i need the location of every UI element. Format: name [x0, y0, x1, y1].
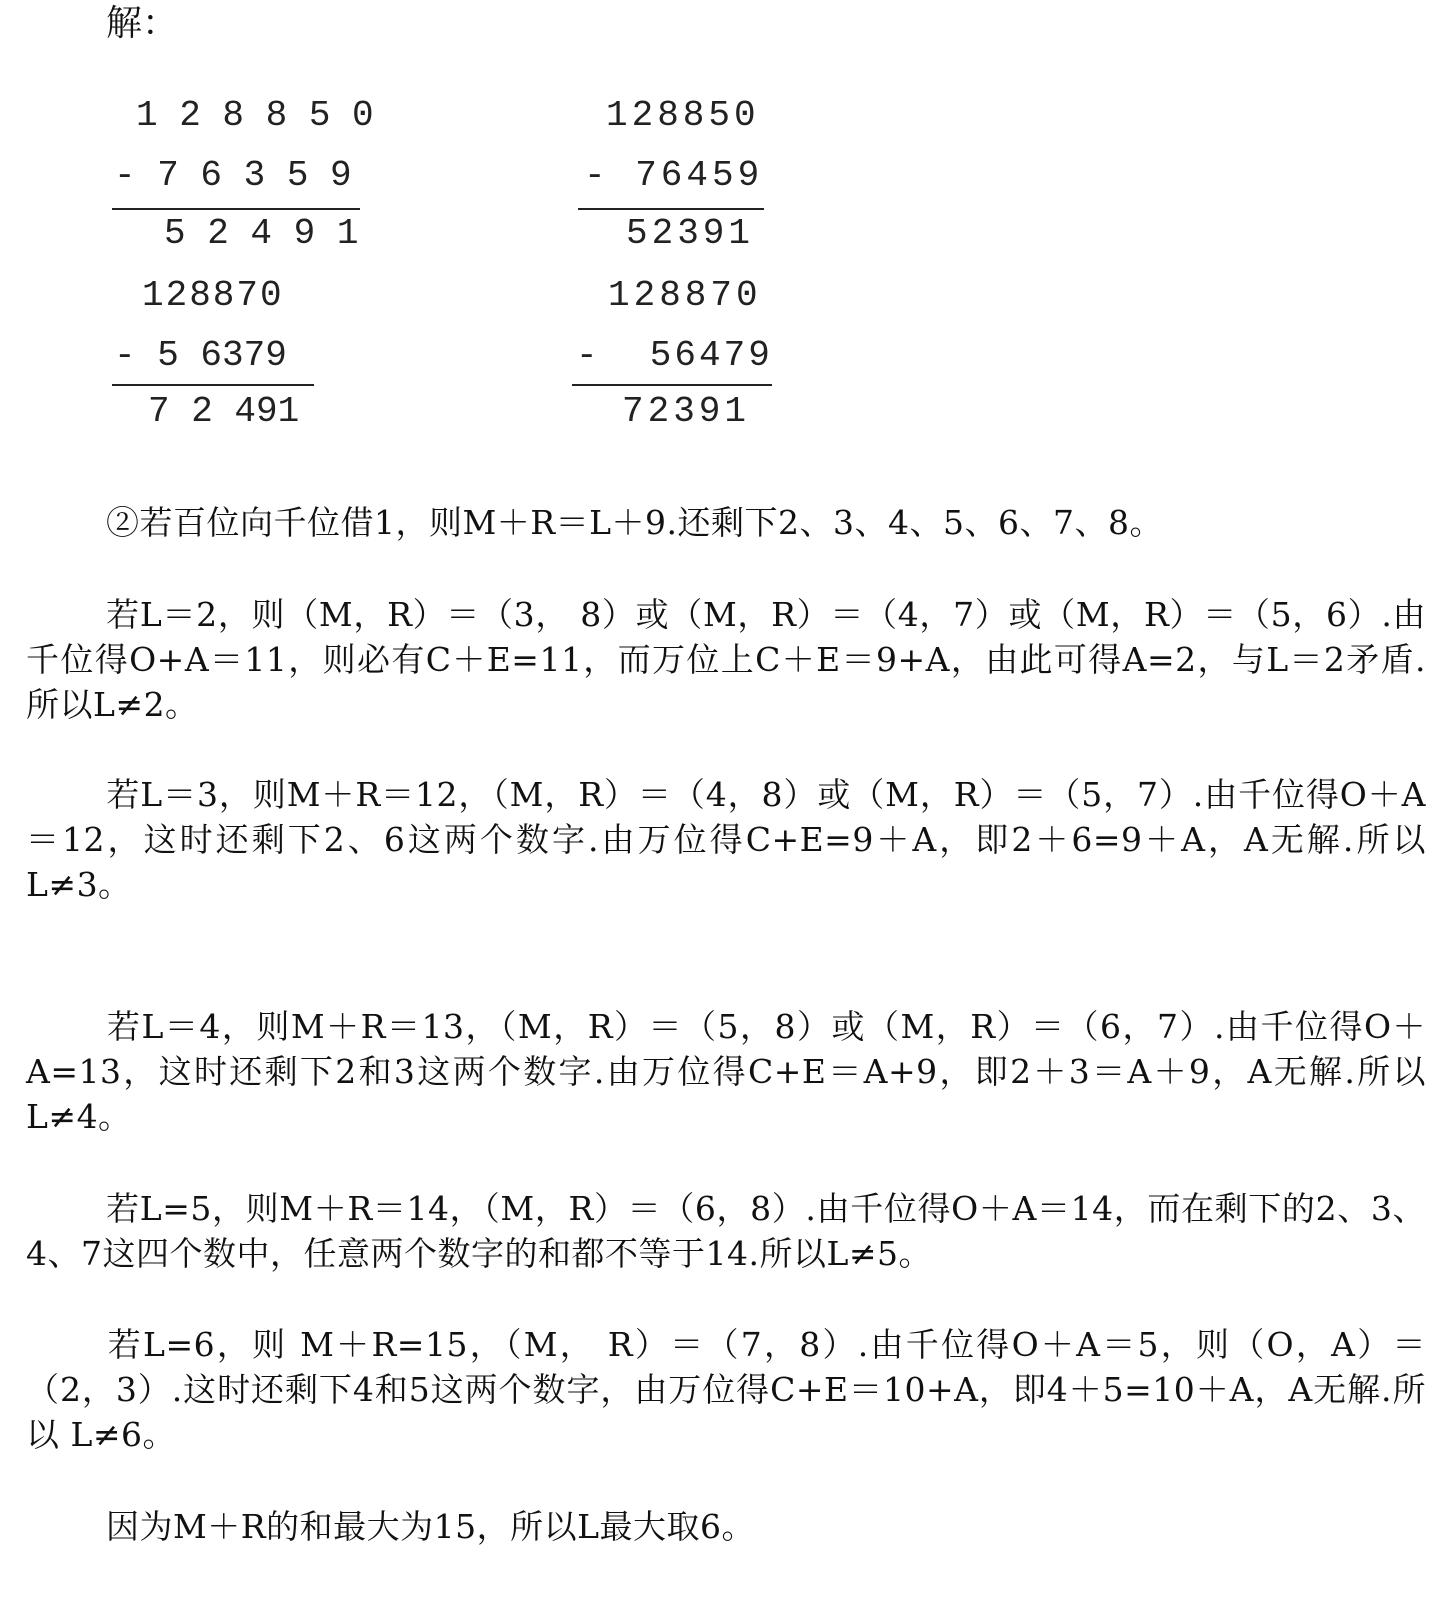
subtrahend: - 5 6379 — [114, 336, 287, 376]
subtraction-2: 128850 - 76459 52391 — [578, 96, 778, 266]
paragraph-text: 若L＝2，则（M，R）＝（3， 8）或（M，R）＝（4，7）或（M，R）＝（5，… — [26, 595, 1426, 724]
minuend: 128850 — [606, 96, 760, 136]
difference: 7 2 491 — [148, 392, 299, 432]
paragraph-l-6: 若L=6，则 M＋R=15，（M， R）＝（7，8）.由千位得O＋A＝5，则（O… — [26, 1322, 1426, 1457]
paragraph-borrow-case: ②若百位向千位借1，则M＋R＝L＋9.还剩下2、3、4、5、6、7、8。 — [26, 500, 1426, 545]
subtrahend: - 7 6 3 5 9 — [114, 156, 352, 196]
minuend: 1 2 8 8 5 0 — [136, 96, 374, 136]
solution-heading: 解： — [106, 2, 178, 46]
paragraph-l-3: 若L＝3，则M＋R＝12，（M，R）＝（4，8）或（M，R）＝（5，7）.由千位… — [26, 772, 1426, 907]
paragraph-conclusion: 因为M＋R的和最大为15，所以L最大取6。 — [26, 1504, 1426, 1549]
paragraph-text: 若L=6，则 M＋R=15，（M， R）＝（7，8）.由千位得O＋A＝5，则（O… — [26, 1325, 1426, 1454]
sum-line — [572, 384, 772, 386]
paragraph-text: ②若百位向千位借1，则M＋R＝L＋9.还剩下2、3、4、5、6、7、8。 — [106, 503, 1163, 542]
sum-line — [112, 208, 360, 210]
paragraph-l-4: 若L＝4，则M＋R＝13，（M，R）＝（5，8）或（M，R）＝（6，7）.由千位… — [26, 1004, 1426, 1139]
subtrahend: - 76459 — [584, 156, 763, 196]
subtrahend: - 56479 — [576, 336, 773, 376]
sum-line — [112, 384, 314, 386]
subtraction-4: 128870 - 56479 72391 — [572, 276, 782, 446]
paragraph-text: 因为M＋R的和最大为15，所以L最大取6。 — [106, 1507, 755, 1546]
minuend: 128870 — [142, 276, 284, 316]
paragraph-text: 若L=5，则M＋R＝14，（M，R）＝（6，8）.由千位得O＋A＝14，而在剩下… — [26, 1189, 1426, 1273]
subtraction-1: 1 2 8 8 5 0 - 7 6 3 5 9 5 2 4 9 1 — [112, 96, 362, 266]
sum-line — [578, 208, 764, 210]
difference: 5 2 4 9 1 — [164, 214, 358, 254]
paragraph-l-2: 若L＝2，则（M，R）＝（3， 8）或（M，R）＝（4，7）或（M，R）＝（5，… — [26, 592, 1426, 727]
paragraph-text: 若L＝4，则M＋R＝13，（M，R）＝（5，8）或（M，R）＝（6，7）.由千位… — [26, 1007, 1426, 1136]
difference: 72391 — [622, 392, 750, 432]
paragraph-l-5: 若L=5，则M＋R＝14，（M，R）＝（6，8）.由千位得O＋A＝14，而在剩下… — [26, 1186, 1426, 1276]
paragraph-text: 若L＝3，则M＋R＝12，（M，R）＝（4，8）或（M，R）＝（5，7）.由千位… — [26, 775, 1426, 904]
minuend: 128870 — [608, 276, 762, 316]
difference: 52391 — [626, 214, 754, 254]
subtraction-3: 128870 - 5 6379 7 2 491 — [112, 276, 322, 446]
